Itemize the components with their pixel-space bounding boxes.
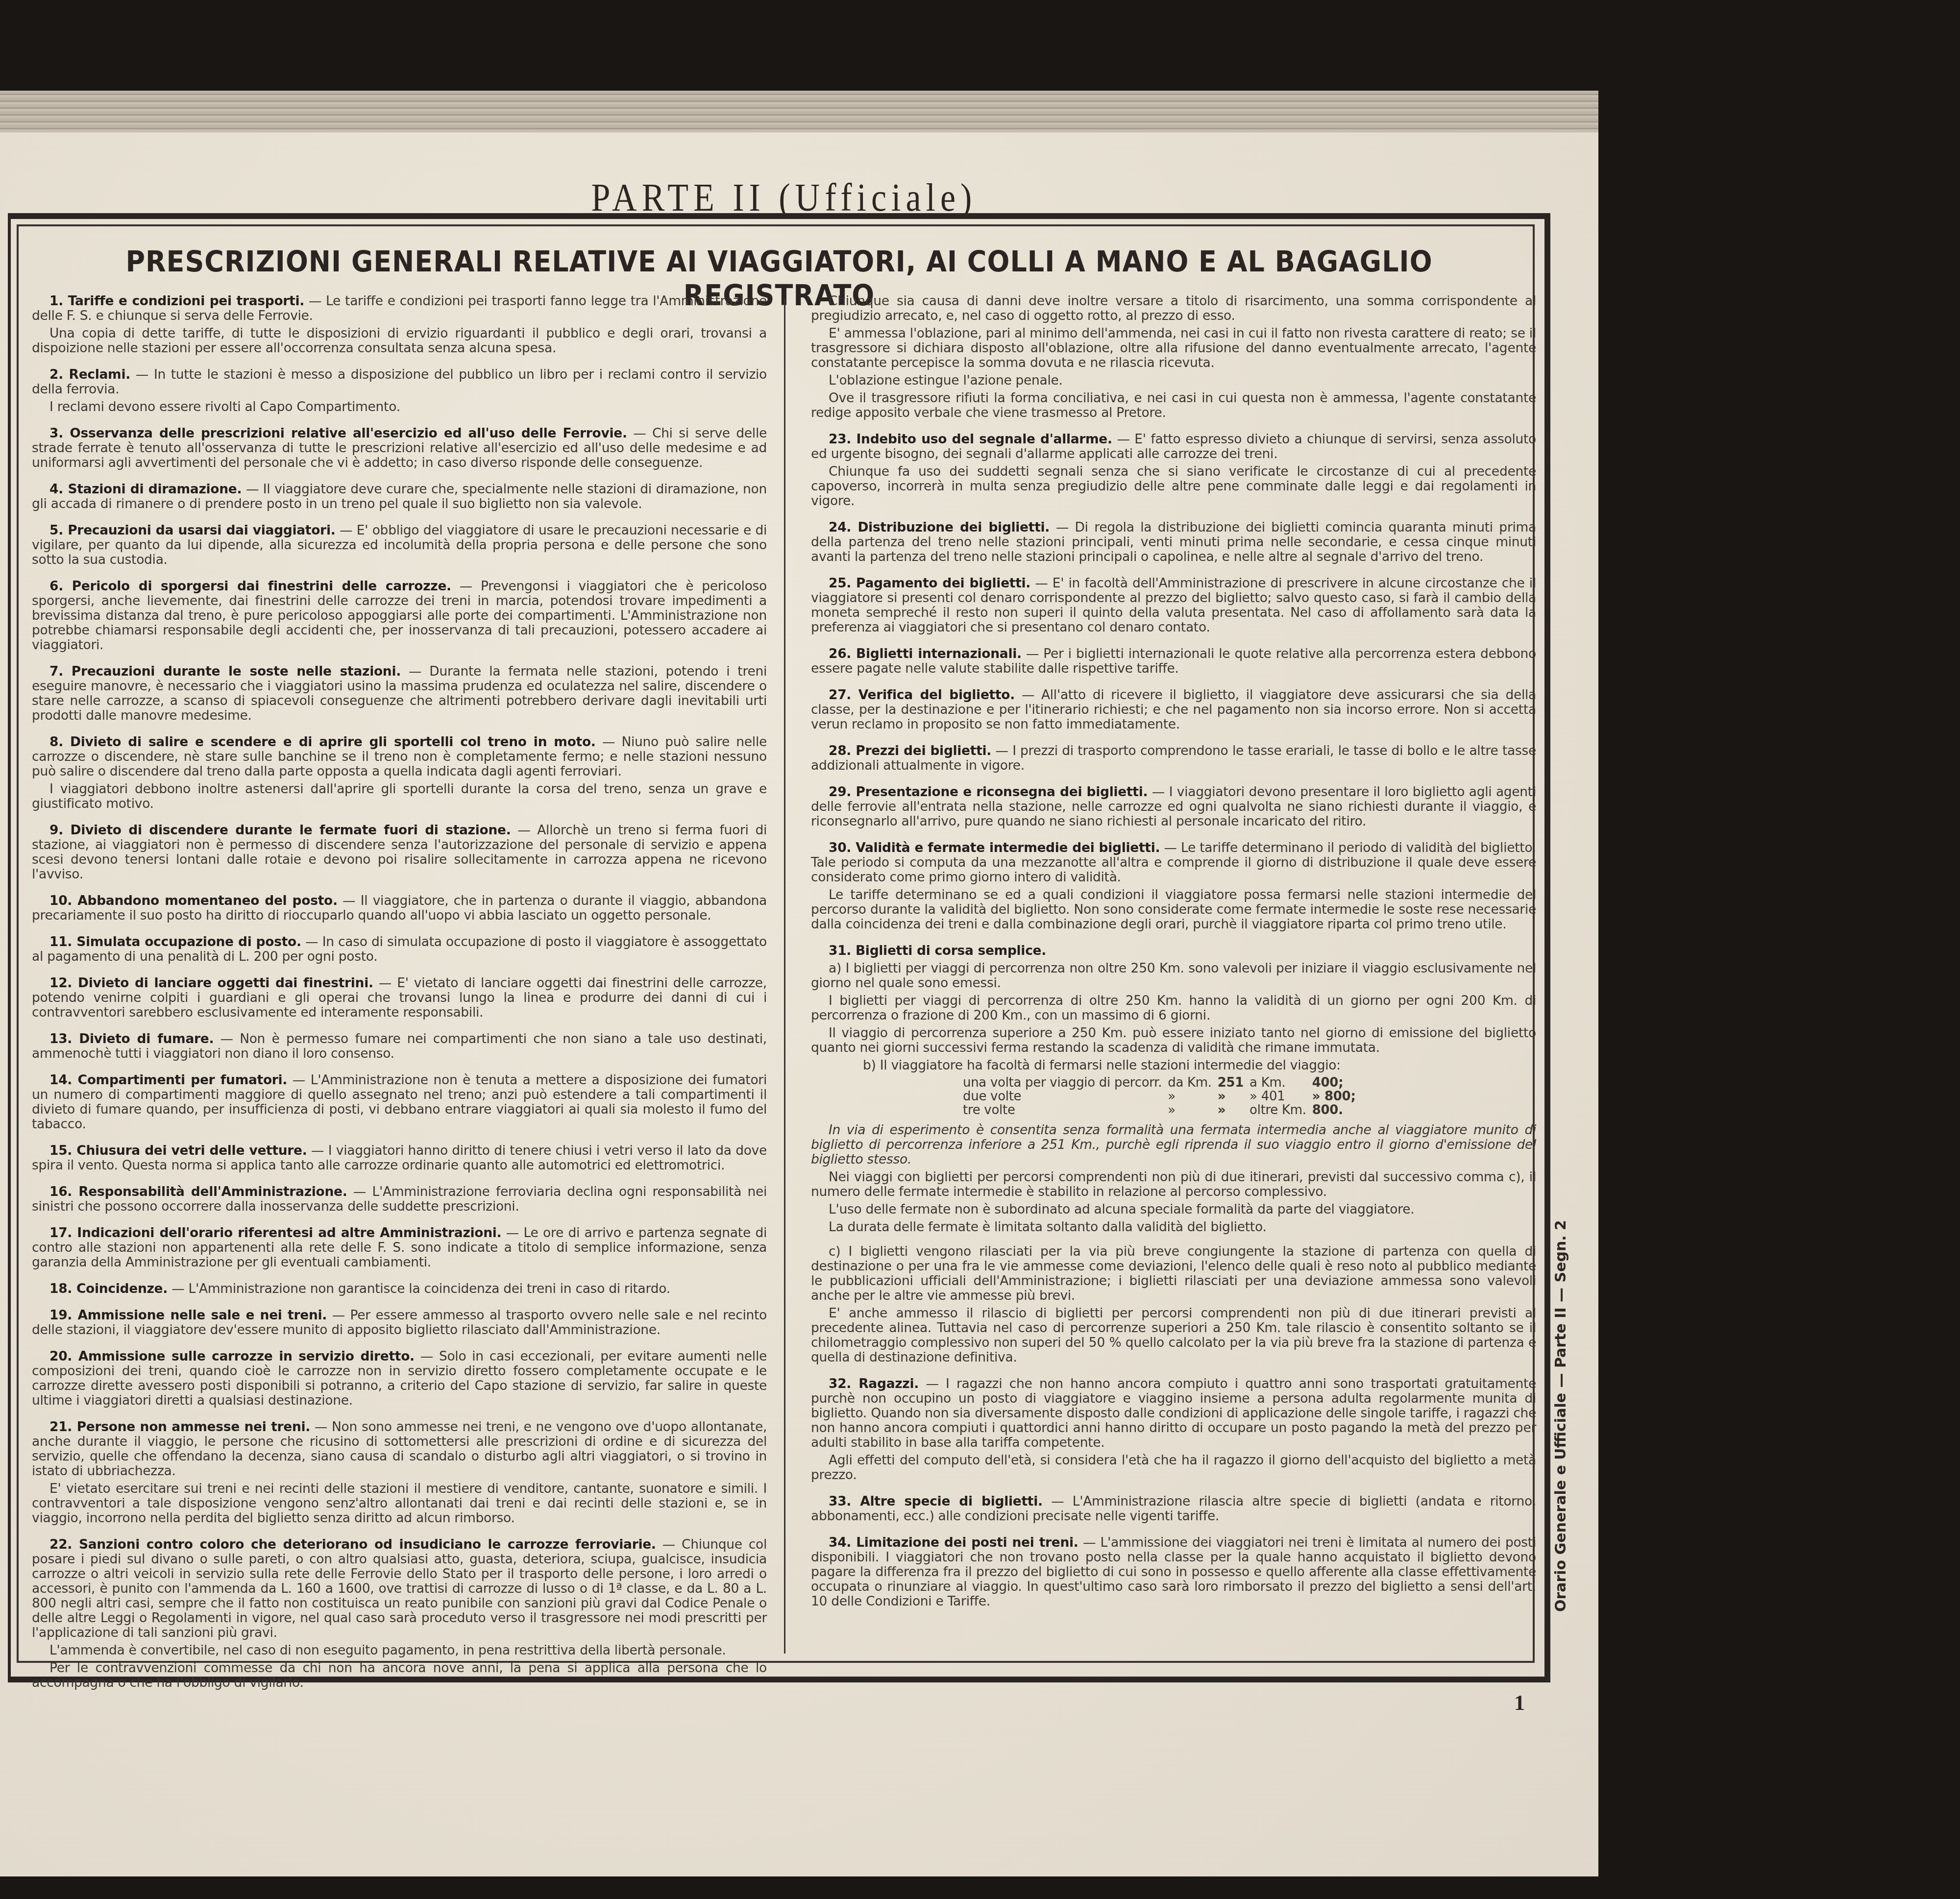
article: 16. Responsabilità dell'Amministrazione.… [32,1185,767,1214]
article-title: 10. Abbandono momentaneo del posto. [49,893,338,908]
article-31-c2: E' anche ammesso il rilascio di bigliett… [811,1306,1536,1365]
article: 19. Ammissione nelle sale e nei treni. —… [32,1308,767,1338]
article-title: 1. Tariffe e condizioni pei trasporti. [49,293,304,309]
article: 1. Tariffe e condizioni pei trasporti. —… [32,294,767,356]
article: 5. Precauzioni da usarsi dai viaggiatori… [32,523,767,567]
article-paragraph: Una copia di dette tariffe, di tutte le … [32,326,767,356]
article-paragraph: E' vietato esercitare sui treni e nei re… [32,1482,767,1526]
article-paragraph: 23. Indebito uso del segnale d'allarme. … [811,432,1536,462]
article-title: 25. Pagamento dei biglietti. [829,576,1030,591]
article-text: Chiunque col posare i piedi sul divano o… [32,1537,767,1640]
article-text: Agli effetti del computo dell'età, si co… [811,1453,1536,1483]
article-paragraph: L'oblazione estingue l'azione penale. [811,373,1536,388]
background-dark-bottom [0,1876,1960,1899]
article-text: Una copia di dette tariffe, di tutte le … [32,326,767,356]
article-31-b3: L'uso delle fermate non è subordinato ad… [811,1202,1536,1217]
article: 34. Limitazione dei posti nei treni. — L… [811,1535,1536,1609]
article-paragraph: E' ammessa l'oblazione, pari al minimo d… [811,326,1536,370]
article-paragraph: Chiunque sia causa di danni deve inoltre… [811,294,1536,323]
article-title: 16. Responsabilità dell'Amministrazione. [49,1184,347,1199]
stops-cell-q2: » 401 [1249,1090,1312,1103]
stops-cell-q1: da Km. [1168,1076,1218,1090]
article-text: I viaggiatori debbono inoltre astenersi … [32,781,767,811]
article: 33. Altre specie di biglietti. — L'Ammin… [811,1494,1536,1524]
article-22-continuation: Chiunque sia causa di danni deve inoltre… [811,294,1536,420]
article-title: 27. Verifica del biglietto. [829,687,1015,703]
article: 22. Sanzioni contro coloro che deteriora… [32,1537,767,1690]
article-text: Le tariffe determinano se ed a quali con… [811,887,1536,932]
article-title: 7. Precauzioni durante le soste nelle st… [49,664,401,679]
article-paragraph: 18. Coincidenze. — L'Amministrazione non… [32,1282,767,1296]
article-paragraph: 10. Abbandono momentaneo del posto. — Il… [32,894,767,923]
article-text: Chiunque fa uso dei suddetti segnali sen… [811,464,1536,509]
article-paragraph: 33. Altre specie di biglietti. — L'Ammin… [811,1494,1536,1524]
article: 13. Divieto di fumare. — Non è permesso … [32,1032,767,1061]
article: 10. Abbandono momentaneo del posto. — Il… [32,894,767,923]
article: 9. Divieto di discendere durante le ferm… [32,823,767,882]
stops-cell-to: 800. [1312,1103,1362,1117]
article-31-italic: In via di esperimento è consentita senza… [811,1123,1536,1167]
background-dark-right [1598,0,1960,1899]
stops-cell-q1: » [1168,1090,1218,1103]
article-paragraph: 9. Divieto di discendere durante le ferm… [32,823,767,882]
article-paragraph: L'ammenda è convertibile, nel caso di no… [32,1643,767,1658]
article-text: I reclami devono essere rivolti al Capo … [49,399,400,414]
stops-cell-times: due volte [963,1090,1168,1103]
article-title: 3. Osservanza delle prescrizioni relativ… [49,426,627,441]
article: 26. Biglietti internazionali. — Per i bi… [811,647,1536,676]
article: 12. Divieto di lanciare oggetti dai fine… [32,976,767,1020]
article-31-b4: La durata delle fermate è limitata solta… [811,1220,1536,1235]
article: 20. Ammissione sulle carrozze in servizi… [32,1349,767,1408]
article-title: 31. Biglietti di corsa semplice. [811,944,1536,958]
article-text: Per le contravvenzioni commesse da chi n… [32,1660,767,1690]
article-title: 24. Distribuzione dei biglietti. [829,520,1050,535]
page-number: 1 [1514,1690,1525,1715]
article-31-b2: Nei viaggi con biglietti per percorsi co… [811,1170,1536,1199]
article-title: 6. Pericolo di sporgersi dai finestrini … [49,579,451,594]
article-title: 22. Sanzioni contro coloro che deteriora… [49,1537,656,1552]
column-divider [784,299,785,1654]
article-title: 30. Validità e fermate intermedie dei bi… [829,840,1160,855]
article-paragraph: 2. Reclami. — In tutte le stazioni è mes… [32,367,767,397]
article-paragraph: 12. Divieto di lanciare oggetti dai fine… [32,976,767,1020]
article-paragraph: Le tariffe determinano se ed a quali con… [811,888,1536,932]
article-title: 34. Limitazione dei posti nei treni. [829,1535,1078,1550]
article-paragraph: 15. Chiusura dei vetri delle vetture. — … [32,1144,767,1173]
article: 6. Pericolo di sporgersi dai finestrini … [32,579,767,653]
left-column: 1. Tariffe e condizioni pei trasporti. —… [32,294,767,1702]
article-paragraph: Agli effetti del computo dell'età, si co… [811,1453,1536,1483]
stops-cell-from: » [1218,1103,1249,1117]
article-paragraph: 22. Sanzioni contro coloro che deteriora… [32,1537,767,1640]
right-column: Chiunque sia causa di danni deve inoltre… [811,294,1536,1621]
article-title: 28. Prezzi dei biglietti. [829,743,991,758]
article-31-a2: I biglietti per viaggi di percorrenza di… [811,994,1536,1023]
article: 27. Verifica del biglietto. — All'atto d… [811,688,1536,732]
article-paragraph: 24. Distribuzione dei biglietti. — Di re… [811,520,1536,564]
right-articles: 23. Indebito uso del segnale d'allarme. … [811,432,1536,932]
spine-running-title: Orario Generale e Ufficiale — Parte II —… [1552,1220,1569,1612]
article-paragraph: 30. Validità e fermate intermedie dei bi… [811,841,1536,885]
article-title: 20. Ammissione sulle carrozze in servizi… [49,1349,415,1364]
article-paragraph: 3. Osservanza delle prescrizioni relativ… [32,426,767,470]
stops-cell-times: una volta per viaggio di percorr. [963,1076,1168,1090]
stops-row: tre volte»»oltre Km.800. [963,1103,1361,1117]
article: 8. Divieto di salire e scendere e di apr… [32,735,767,811]
article: 2. Reclami. — In tutte le stazioni è mes… [32,367,767,414]
article-paragraph: 17. Indicazioni dell'orario riferentesi … [32,1226,767,1270]
article: 28. Prezzi dei biglietti. — I prezzi di … [811,744,1536,773]
stops-cell-q2: a Km. [1249,1076,1312,1090]
article-title: 14. Compartimenti per fumatori. [49,1072,287,1088]
article-paragraph: Ove il trasgressore rifiuti la forma con… [811,391,1536,420]
article-31-b: b) Il viaggiatore ha facoltà di fermarsi… [811,1058,1536,1073]
article-title: 13. Divieto di fumare. [49,1031,214,1047]
article-title: 4. Stazioni di diramazione. [49,482,242,497]
article-text: E' vietato esercitare sui treni e nei re… [32,1481,767,1526]
article: 15. Chiusura dei vetri delle vetture. — … [32,1144,767,1173]
article-title: 15. Chiusura dei vetri delle vetture. [49,1143,307,1158]
article-title: 5. Precauzioni da usarsi dai viaggiatori… [49,523,335,538]
article-31: 31. Biglietti di corsa semplice. a) I bi… [811,944,1536,1365]
stops-row: una volta per viaggio di percorr.da Km.2… [963,1076,1361,1090]
article-title: 17. Indicazioni dell'orario riferentesi … [49,1225,501,1241]
stops-row: due volte»»» 401» 800; [963,1090,1361,1103]
article-title: 9. Divieto di discendere durante le ferm… [49,823,511,838]
article-paragraph: 8. Divieto di salire e scendere e di apr… [32,735,767,779]
article: 25. Pagamento dei biglietti. — E' in fac… [811,576,1536,635]
article-paragraph: 4. Stazioni di diramazione. — Il viaggia… [32,482,767,511]
article-paragraph: 26. Biglietti internazionali. — Per i bi… [811,647,1536,676]
article-title: 18. Coincidenze. [49,1281,168,1296]
article: 11. Simulata occupazione di posto. — In … [32,935,767,964]
article-title: 32. Ragazzi. [829,1376,919,1391]
article-title: 8. Divieto di salire e scendere e di apr… [49,734,596,750]
article-paragraph: 1. Tariffe e condizioni pei trasporti. —… [32,294,767,323]
article: 21. Persone non ammesse nei treni. — Non… [32,1420,767,1526]
article: 24. Distribuzione dei biglietti. — Di re… [811,520,1536,564]
article-paragraph: 11. Simulata occupazione di posto. — In … [32,935,767,964]
stops-cell-from: 251 [1218,1076,1249,1090]
stops-cell-times: tre volte [963,1103,1168,1117]
article-title: 26. Biglietti internazionali. [829,646,1022,661]
article-paragraph: 16. Responsabilità dell'Amministrazione.… [32,1185,767,1214]
article-paragraph: 5. Precauzioni da usarsi dai viaggiatori… [32,523,767,567]
article-title: 19. Ammissione nelle sale e nei treni. [49,1308,327,1323]
article-title: 33. Altre specie di biglietti. [829,1494,1043,1509]
article-text: L'ammenda è convertibile, nel caso di no… [49,1643,726,1658]
article: 32. Ragazzi. — I ragazzi che non hanno a… [811,1377,1536,1483]
article-text: In tutte le stazioni è messo a disposizi… [32,367,767,397]
article-paragraph: 29. Presentazione e riconsegna dei bigli… [811,785,1536,829]
article-paragraph: 25. Pagamento dei biglietti. — E' in fac… [811,576,1536,635]
article-paragraph: Per le contravvenzioni commesse da chi n… [32,1661,767,1690]
article-paragraph: 20. Ammissione sulle carrozze in servizi… [32,1349,767,1408]
article-title: 23. Indebito uso del segnale d'allarme. [829,432,1112,447]
article-paragraph: Chiunque fa uso dei suddetti segnali sen… [811,464,1536,509]
article-text: I ragazzi che non hanno ancora compiuto … [811,1376,1536,1450]
article-paragraph: 21. Persone non ammesse nei treni. — Non… [32,1420,767,1479]
article: 3. Osservanza delle prescrizioni relativ… [32,426,767,470]
article-paragraph: 32. Ragazzi. — I ragazzi che non hanno a… [811,1377,1536,1450]
article-paragraph: 6. Pericolo di sporgersi dai finestrini … [32,579,767,653]
article-title: 29. Presentazione e riconsegna dei bigli… [829,784,1148,800]
stops-cell-to: 400; [1312,1076,1362,1090]
stops-table: una volta per viaggio di percorr.da Km.2… [963,1076,1361,1117]
article: 17. Indicazioni dell'orario riferentesi … [32,1226,767,1270]
stops-cell-q1: » [1168,1103,1218,1117]
article-paragraph: 13. Divieto di fumare. — Non è permesso … [32,1032,767,1061]
article: 23. Indebito uso del segnale d'allarme. … [811,432,1536,509]
article-31-c: c) I biglietti vengono rilasciati per la… [811,1244,1536,1303]
article-paragraph: I reclami devono essere rivolti al Capo … [32,400,767,414]
article-paragraph: 14. Compartimenti per fumatori. — L'Ammi… [32,1073,767,1132]
article-paragraph: 27. Verifica del biglietto. — All'atto d… [811,688,1536,732]
article-paragraph: 28. Prezzi dei biglietti. — I prezzi di … [811,744,1536,773]
right-articles-end: 32. Ragazzi. — I ragazzi che non hanno a… [811,1377,1536,1609]
stops-cell-to: » 800; [1312,1090,1362,1103]
stops-cell-q2: oltre Km. [1249,1103,1312,1117]
article-paragraph: I viaggiatori debbono inoltre astenersi … [32,782,767,811]
article-title: 2. Reclami. [49,367,130,382]
article-text: L'Amministrazione non garantisce la coin… [189,1281,670,1296]
article-paragraph: 19. Ammissione nelle sale e nei treni. —… [32,1308,767,1338]
article-31-a: a) I biglietti per viaggi di percorrenza… [811,961,1536,991]
article: 29. Presentazione e riconsegna dei bigli… [811,785,1536,829]
article-title: 21. Persone non ammesse nei treni. [49,1419,310,1435]
article-title: 12. Divieto di lanciare oggetti dai fine… [49,975,373,991]
article-title: 11. Simulata occupazione di posto. [49,934,301,949]
page-stack-edge [0,91,1598,137]
article-paragraph: 7. Precauzioni durante le soste nelle st… [32,664,767,723]
article: 7. Precauzioni durante le soste nelle st… [32,664,767,723]
article: 14. Compartimenti per fumatori. — L'Ammi… [32,1073,767,1132]
article: 18. Coincidenze. — L'Amministrazione non… [32,1282,767,1296]
article: 30. Validità e fermate intermedie dei bi… [811,841,1536,932]
stops-cell-from: » [1218,1090,1249,1103]
article-31-a3: Il viaggio di percorrenza superiore a 25… [811,1026,1536,1055]
article: 4. Stazioni di diramazione. — Il viaggia… [32,482,767,511]
article-paragraph: 34. Limitazione dei posti nei treni. — L… [811,1535,1536,1609]
